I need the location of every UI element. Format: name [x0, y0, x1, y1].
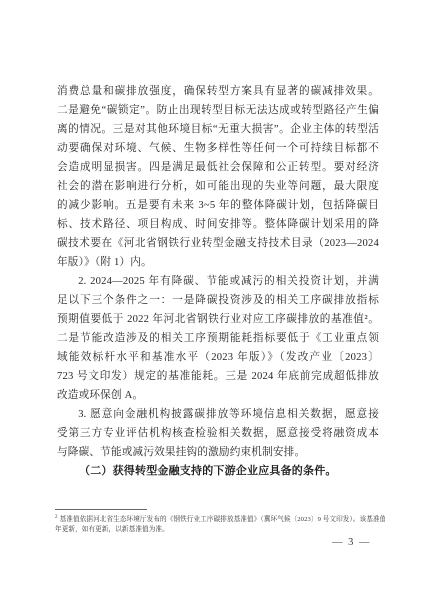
body-text-line: 预期值要低于 2022 年河北省钢铁行业对应工序碳排放的基准值²。 [57, 310, 379, 329]
body-text-line: 年版）》（附 1）内。 [57, 253, 379, 272]
body-text-line: 社会的潜在影响进行分析，如可能出现的失业等问题，最大限度 [57, 177, 379, 196]
page-number: — 3 — [332, 537, 371, 548]
body-text-line: 2. 2024—2025 年有降碳、节能或减污的相关投资计划，并满 [57, 272, 379, 291]
body-text-line: 消费总量和碳排放强度，确保转型方案具有显著的碳减排效果。 [57, 82, 379, 101]
footnote-marker: 2 [55, 515, 58, 520]
body-text-line: 二是避免“碳锁定”。防止出现转型目标无法达成或转型路径产生偏 [57, 101, 379, 120]
body-text-line: 改造或环保创 A。 [57, 386, 379, 405]
body-text-line: 受第三方专业评估机构核查检验相关数据，愿意接受将融资成本 [57, 424, 379, 443]
body-text-line: 的减少影响。五是要有未来 3~5 年的整体降碳计划，包括降碳目 [57, 196, 379, 215]
footnote-text: 基准值依据河北省生态环境厅发布的《钢铁行业工序碳排放基准值》（冀环气候〔2023… [60, 516, 385, 523]
body-text-line: 标、技术路径、项目构成、时间安排等。整体降碳计划采用的降 [57, 215, 379, 234]
footnote-line: 2基准值依据河北省生态环境厅发布的《钢铁行业工序碳排放基准值》（冀环气候〔202… [55, 513, 385, 525]
body-text-line: 723 号文印发）规定的基准能耗。三是 2024 年底前完成超低排放 [57, 367, 379, 386]
footnote-divider [55, 509, 147, 510]
footnote-line: 年更新，如有更新，以新基准值为准。 [55, 525, 385, 535]
footnote: 2基准值依据河北省生态环境厅发布的《钢铁行业工序碳排放基准值》（冀环气候〔202… [55, 513, 385, 535]
body-text-line: 二是节能改造涉及的相关工序预期能耗指标要低于《工业重点领 [57, 329, 379, 348]
body-text-line: 会造成明显损害。四是满足最低社会保障和公正转型。要对经济 [57, 158, 379, 177]
body-text-line: 动要确保对环境、气候、生物多样性等任何一个可持续目标都不 [57, 139, 379, 158]
section-heading: （二）获得转型金融支持的下游企业应具备的条件。 [57, 462, 379, 481]
body-text-line: 3. 愿意向金融机构披露碳排放等环境信息相关数据，愿意接 [57, 405, 379, 424]
body-text-line: 离的情况。三是对其他环境目标“无重大损害”。企业主体的转型活 [57, 120, 379, 139]
document-page: 消费总量和碳排放强度，确保转型方案具有显著的碳减排效果。 二是避免“碳锁定”。防… [0, 0, 427, 604]
body-text-line: 足以下三个条件之一：一是降碳投资涉及的相关工序碳排放指标 [57, 291, 379, 310]
body-text-line: 域能效标杆水平和基准水平（2023 年版）》（发改产业〔2023〕 [57, 348, 379, 367]
body-text-line: 碳技术要在《河北省钢铁行业转型金融支持技术目录（2023—2024 [57, 234, 379, 253]
body-text: 消费总量和碳排放强度，确保转型方案具有显著的碳减排效果。 二是避免“碳锁定”。防… [57, 82, 379, 481]
body-text-line: 与降碳、节能或减污效果挂钩的激励约束机制安排。 [57, 443, 379, 462]
